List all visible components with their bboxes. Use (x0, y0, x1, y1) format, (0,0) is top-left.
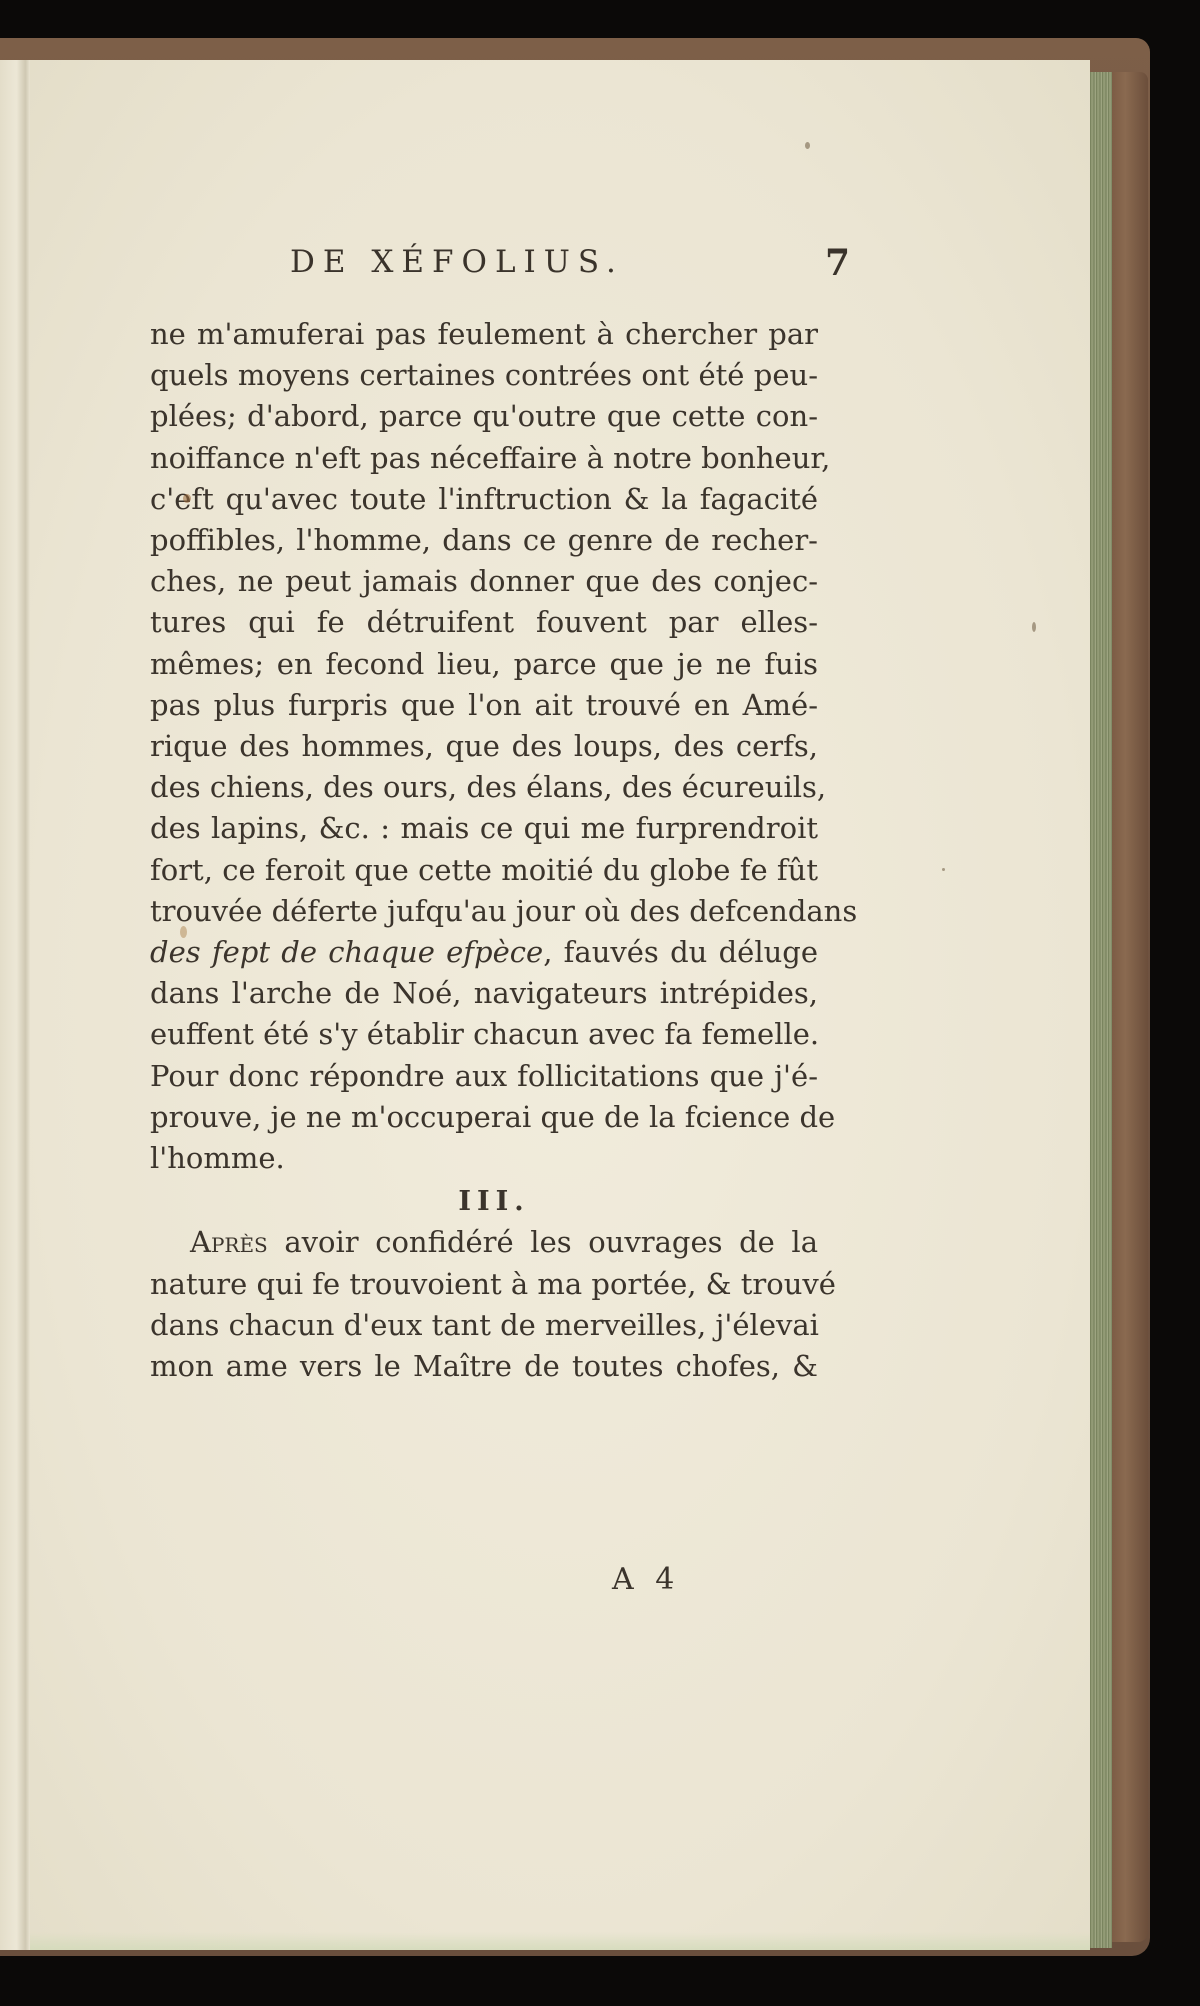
text-line: Pour donc répondre aux follicitations qu… (150, 1056, 818, 1097)
text-line: l'homme. (150, 1138, 818, 1179)
text-fragment: avoir confidéré les ouvrages de la (268, 1225, 818, 1259)
text-line: des lapins, &c. : mais ce qui me furpren… (150, 808, 818, 849)
text-line: c'eft qu'avec toute l'inftruction & la f… (150, 479, 818, 520)
text-line: dans chacun d'eux tant de merveilles, j'… (150, 1305, 818, 1346)
text-line: nature qui fe trouvoient à ma portée, & … (150, 1264, 818, 1305)
paper-speck (805, 142, 810, 149)
paper-speck (1032, 622, 1036, 632)
page-number: 7 (825, 242, 850, 284)
text-line: noiffance n'eft pas néceffaire à notre b… (150, 438, 818, 479)
text-line: dans l'arche de Noé, navigateurs intrépi… (150, 973, 818, 1014)
text-fragment: , fauvés du déluge (543, 935, 818, 969)
text-line: plées; d'abord, parce qu'outre que cette… (150, 396, 818, 437)
paragraph-opening-word: Après (190, 1225, 268, 1259)
page-gutter-fold (0, 60, 30, 1950)
text-line-with-italic: des fept de chaque efpèce, fauvés du dél… (150, 932, 818, 973)
italic-phrase: des fept de chaque efpèce (150, 935, 543, 969)
text-line: tures qui fe détruifent fouvent par elle… (150, 602, 818, 643)
text-line: quels moyens certaines contrées ont été … (150, 355, 818, 396)
foxing-spot (180, 926, 187, 938)
text-line: euffent été s'y établir chacun avec fa f… (150, 1014, 818, 1055)
text-line: ne m'amuferai pas feulement à chercher p… (150, 314, 818, 355)
book-cover-fore-edge (1110, 72, 1148, 1942)
text-line: poffibles, l'homme, dans ce genre de rec… (150, 520, 818, 561)
text-line: Après avoir confidéré les ouvrages de la (150, 1222, 818, 1263)
paper-speck (942, 868, 945, 871)
text-line: prouve, je ne m'occuperai que de la fcie… (150, 1097, 818, 1138)
foxing-spot (183, 494, 191, 503)
text-line: des chiens, des ours, des élans, des écu… (150, 767, 818, 808)
section-number: III. (150, 1181, 818, 1222)
text-line: rique des hommes, que des loups, des cer… (150, 726, 818, 767)
text-line: fort, ce feroit que cette moitié du glob… (150, 850, 818, 891)
text-line: ches, ne peut jamais donner que des conj… (150, 561, 818, 602)
page-bottom-stain (30, 1932, 1090, 1950)
running-head-title: DE XÉFOLIUS. (290, 244, 624, 280)
signature-mark: A 4 (612, 1562, 680, 1597)
body-text: ne m'amuferai pas feulement à chercher p… (150, 314, 818, 1387)
text-line: mêmes; en fecond lieu, parce que je ne f… (150, 644, 818, 685)
running-head: DE XÉFOLIUS. 7 (290, 244, 850, 294)
text-line: mon ame vers le Maître de toutes chofes,… (150, 1346, 818, 1387)
text-line: trouvée déferte jufqu'au jour où des def… (150, 891, 818, 932)
text-line: pas plus furpris que l'on ait trouvé en … (150, 685, 818, 726)
